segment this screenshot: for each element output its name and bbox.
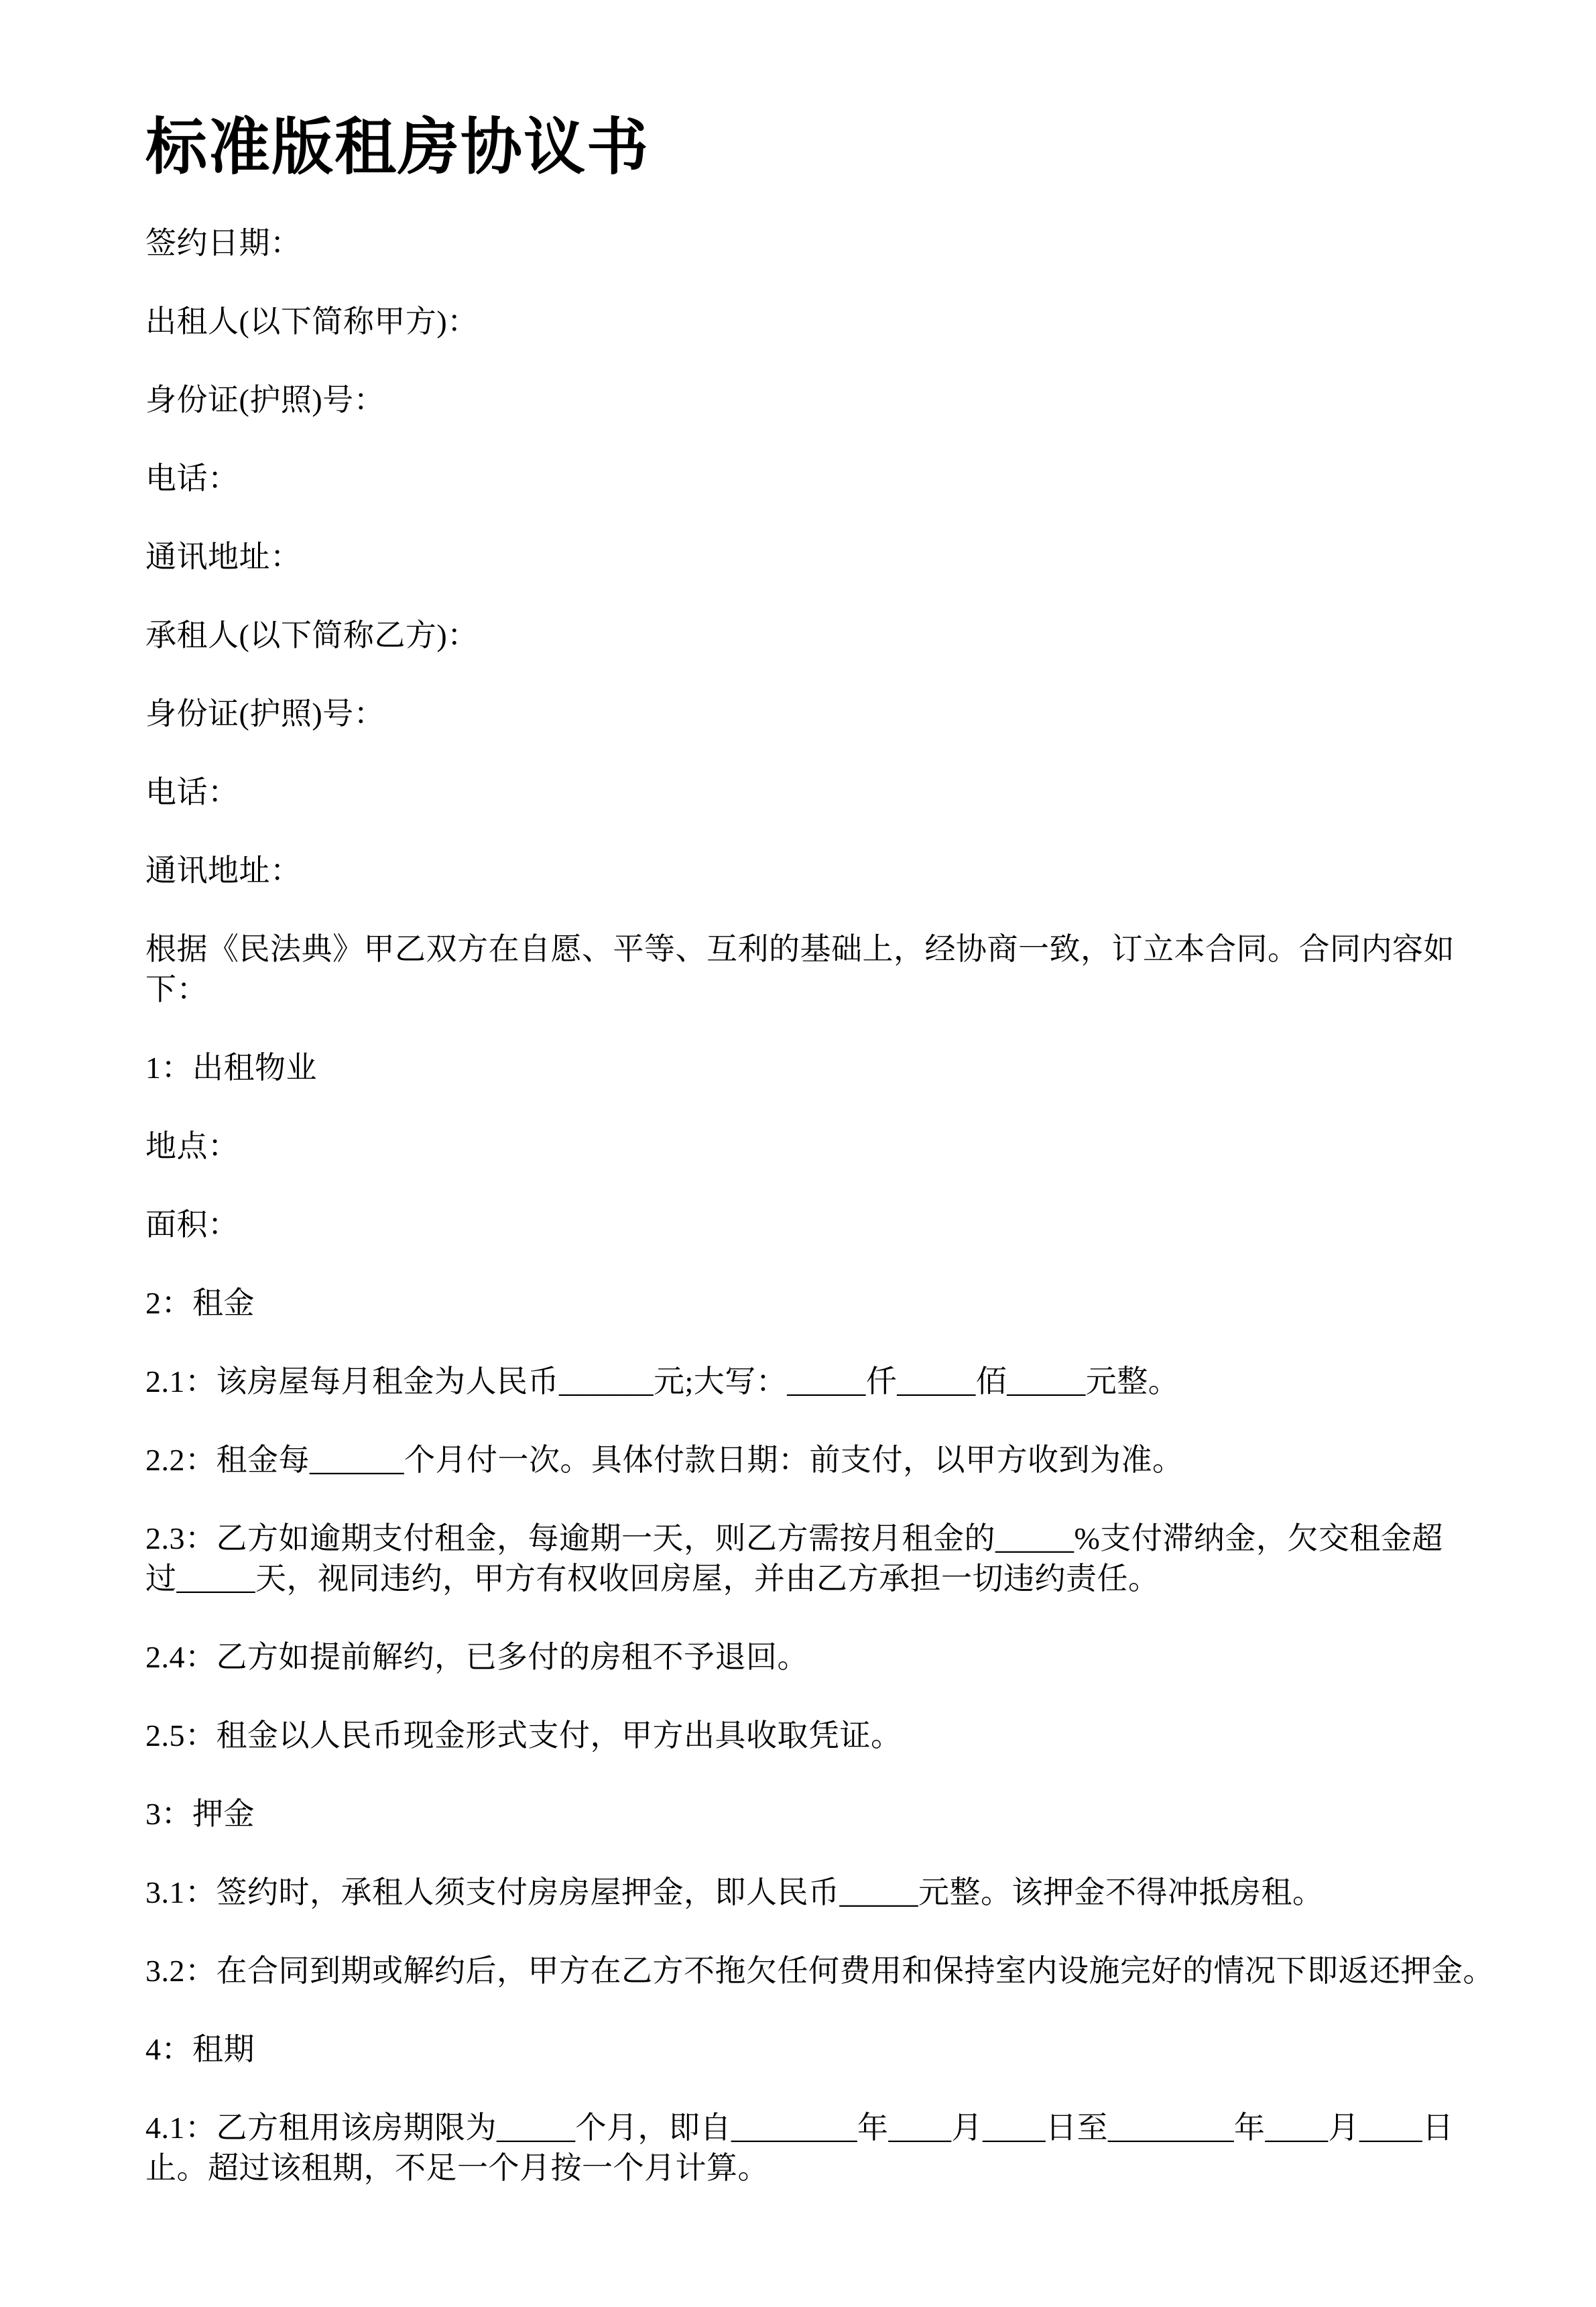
paragraph-section-2-heading: 2：租金 (145, 1283, 1556, 1323)
paragraph-lessor-id-label: 身份证(护照)号： (145, 380, 1556, 420)
paragraph-section-3-heading: 3：押金 (145, 1794, 1556, 1834)
document-page: 标准版租房协议书 签约日期：出租人(以下简称甲方)：身份证(护照)号：电话：通讯… (0, 0, 1596, 2307)
paragraph-lessee-phone-label: 电话： (145, 772, 1556, 813)
paragraph-lessor-label: 出租人(以下简称甲方)： (145, 302, 1556, 342)
paragraph-area-label: 面积： (145, 1205, 1556, 1245)
paragraph-preamble: 根据《民法典》甲乙双方在自愿、平等、互利的基础上，经协商一致，订立本合同。合同内… (145, 929, 1556, 1010)
paragraph-lessee-address-label: 通讯地址： (145, 851, 1556, 891)
document-title: 标准版租房协议书 (145, 111, 1556, 184)
paragraph-lessor-address-label: 通讯地址： (145, 537, 1556, 577)
paragraph-signing-date-label: 签约日期： (145, 223, 1556, 263)
paragraph-clause-2-3: 2.3：乙方如逾期支付租金，每逾期一天，则乙方需按月租金的_____%支付滞纳金… (145, 1519, 1556, 1599)
paragraph-lessor-phone-label: 电话： (145, 459, 1556, 499)
paragraph-clause-3-2: 3.2：在合同到期或解约后，甲方在乙方不拖欠任何费用和保持室内设施完好的情况下即… (145, 1951, 1556, 1991)
paragraph-clause-2-4: 2.4：乙方如提前解约，已多付的房租不予退回。 (145, 1637, 1556, 1677)
paragraph-section-1-heading: 1：出租物业 (145, 1048, 1556, 1088)
paragraph-clause-2-2: 2.2：租金每______个月付一次。具体付款日期：前支付，以甲方收到为准。 (145, 1440, 1556, 1480)
paragraph-section-4-heading: 4：租期 (145, 2029, 1556, 2070)
paragraph-clause-3-1: 3.1：签约时，承租人须支付房房屋押金，即人民币_____元整。该押金不得冲抵房… (145, 1873, 1556, 1913)
paragraph-clause-4-1: 4.1：乙方租用该房期限为_____个月，即自________年____月___… (145, 2108, 1556, 2188)
paragraph-location-label: 地点： (145, 1126, 1556, 1167)
document-body: 签约日期：出租人(以下简称甲方)：身份证(护照)号：电话：通讯地址：承租人(以下… (145, 223, 1556, 2188)
paragraph-lessee-label: 承租人(以下简称乙方)： (145, 615, 1556, 656)
paragraph-lessee-id-label: 身份证(护照)号： (145, 694, 1556, 734)
paragraph-clause-2-5: 2.5：租金以人民币现金形式支付，甲方出具收取凭证。 (145, 1716, 1556, 1756)
paragraph-clause-2-1: 2.1：该房屋每月租金为人民币______元;大写：_____仟_____佰__… (145, 1362, 1556, 1402)
